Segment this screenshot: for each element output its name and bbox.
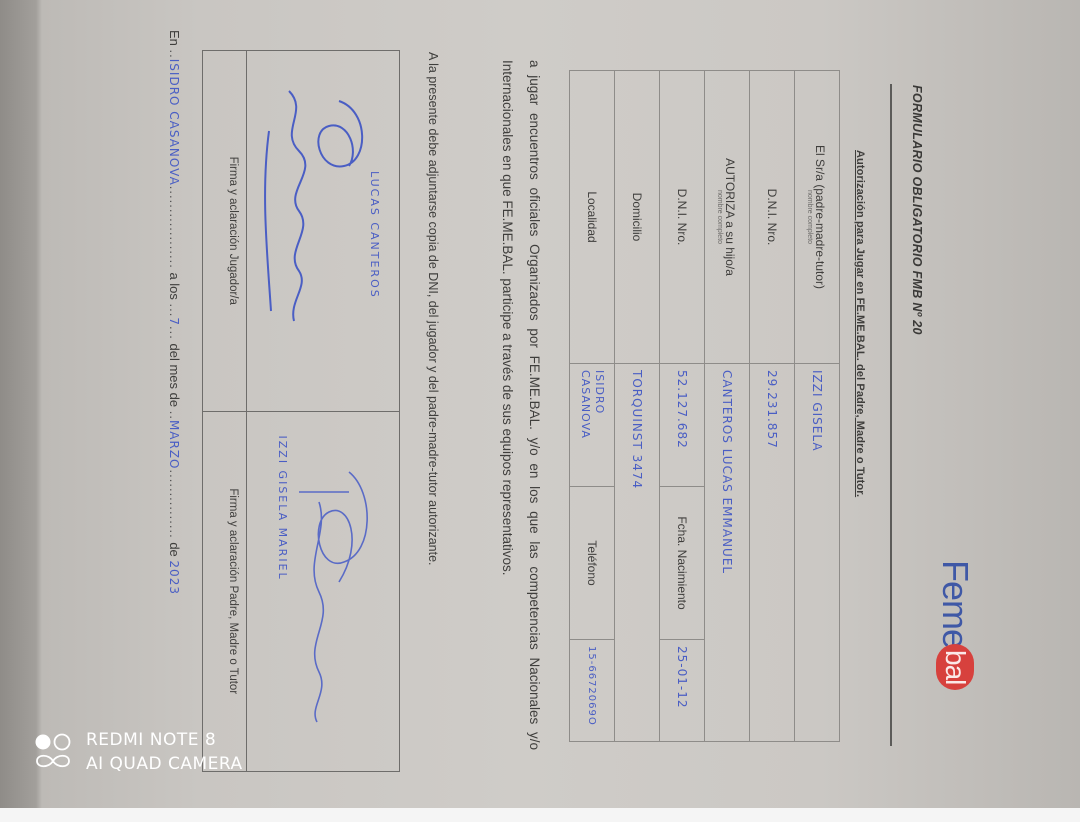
form-title: FORMULARIO OBLIGATORIO FMB Nº 20 — [910, 85, 924, 335]
address-label: Domicilio — [615, 71, 660, 364]
watermark-line2: AI QUAD CAMERA — [86, 752, 243, 776]
attachment-note: A la presente debe adjuntarse copia de D… — [426, 52, 440, 566]
day-field[interactable]: 7 — [167, 317, 181, 326]
parent-signature-area[interactable]: IZZI GISELA MARIEL Firma y aclaración Pa… — [203, 411, 399, 772]
parent-sublabel: nombre completo — [807, 77, 814, 357]
child-name-field[interactable]: CANTEROS LUCAS EMMANUEL — [705, 364, 750, 742]
child-dni-label: D.N.I. Nro. — [660, 71, 705, 364]
player-signature-caption: Firma y aclaración Jugador/a — [227, 51, 239, 411]
table-row: D.N.I. Nro. 29.231.857 — [750, 71, 795, 742]
player-signature-line — [246, 51, 247, 411]
del-mes-label: del mes de — [167, 343, 182, 407]
parent-handwritten-name: IZZI GISELA MARIEL — [276, 436, 289, 581]
a-los-label: a los — [167, 272, 182, 299]
parent-signature-caption: Firma y aclaración Padre, Madre o Tutor — [227, 412, 239, 772]
month-field[interactable]: MARZO — [167, 420, 181, 470]
child-dni-field[interactable]: 52.127.682 — [660, 364, 705, 487]
logo-suffix: bal — [936, 644, 974, 690]
photo-background: FORMULARIO OBLIGATORIO FMB Nº 20 Femebal… — [0, 0, 1080, 808]
place-date-line: En ..ISIDRO CASANOVA.................. a… — [167, 30, 182, 595]
logo-prefix: Feme — [934, 560, 976, 648]
child-sublabel: nombre completo — [717, 77, 724, 357]
camera-watermark: REDMI NOTE 8 AI QUAD CAMERA — [34, 728, 243, 776]
form-page: FORMULARIO OBLIGATORIO FMB Nº 20 Femebal… — [0, 0, 1080, 808]
parent-label: El Sr/a (padre-madre-tutor) — [814, 145, 828, 289]
parent-name-field[interactable]: IZZI GISELA — [795, 364, 840, 742]
phone-label: Teléfono — [570, 487, 615, 640]
table-row: Domicilio TORQUINST 3474 — [615, 71, 660, 742]
parent-label-cell: El Sr/a (padre-madre-tutor) nombre compl… — [795, 71, 840, 364]
locality-label: Localidad — [570, 71, 615, 364]
place-field[interactable]: ISIDRO CASANOVA — [167, 59, 181, 186]
authorization-paragraph: a jugar encuentros oficiales Organizados… — [494, 60, 548, 750]
year-field[interactable]: 2023 — [167, 560, 181, 595]
femebal-logo: Femebal — [934, 560, 976, 690]
watermark-line1: REDMI NOTE 8 — [86, 728, 243, 752]
birth-date-label: Fcha. Nacimiento — [660, 487, 705, 640]
form-subtitle: Autorización para Jugar en FE.ME.BAL. de… — [854, 150, 866, 497]
table-row: D.N.I. Nro. 52.127.682 Fcha. Nacimiento … — [660, 71, 705, 742]
authorization-table: El Sr/a (padre-madre-tutor) nombre compl… — [569, 70, 840, 742]
player-signature-icon — [249, 71, 379, 371]
birth-date-field[interactable]: 25-01-12 — [660, 640, 705, 742]
de-label: de — [167, 542, 182, 556]
table-row: AUTORIZA a su hijo/a nombre completo CAN… — [705, 71, 750, 742]
en-label: En — [167, 30, 182, 46]
phone-field[interactable]: 15-6672069O — [570, 640, 615, 742]
locality-field[interactable]: ISIDRO CASANOVA — [570, 364, 615, 487]
parent-dni-label: D.N.I. Nro. — [750, 71, 795, 364]
signature-box: LUCAS CANTEROS Firma y aclaración Jugado… — [202, 50, 400, 772]
bottom-border — [0, 808, 1080, 822]
header-divider — [890, 84, 892, 746]
table-row: El Sr/a (padre-madre-tutor) nombre compl… — [795, 71, 840, 742]
parent-dni-field[interactable]: 29.231.857 — [750, 364, 795, 742]
address-field[interactable]: TORQUINST 3474 — [615, 364, 660, 742]
player-signature-area[interactable]: LUCAS CANTEROS Firma y aclaración Jugado… — [203, 51, 399, 411]
parent-signature-line — [246, 412, 247, 772]
table-row: Localidad ISIDRO CASANOVA Teléfono 15-66… — [570, 71, 615, 742]
child-label: AUTORIZA a su hijo/a — [724, 158, 738, 276]
quad-camera-icon — [34, 733, 72, 771]
child-label-cell: AUTORIZA a su hijo/a nombre completo — [705, 71, 750, 364]
